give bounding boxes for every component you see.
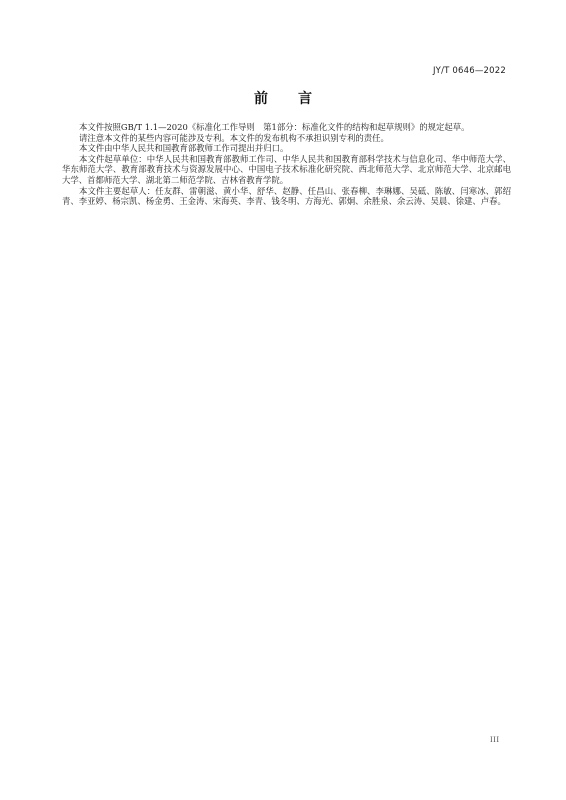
foreword-body: 本文件按照GB/T 1.1—2020《标准化工作导则 第1部分：标准化文件的结构… (62, 122, 511, 207)
page-number: III (490, 735, 500, 744)
standard-code: JY/T 0646—2022 (433, 66, 506, 76)
title-char-1: 前 (254, 88, 268, 108)
paragraph-drafting-units: 本文件起草单位：中华人民共和国教育部教师工作司、中华人民共和国教育部科学技术与信… (62, 154, 511, 186)
page-title: 前言 (0, 88, 566, 108)
paragraph-patent-notice: 请注意本文件的某些内容可能涉及专利。本文件的发布机构不承担识别专利的责任。 (62, 133, 511, 144)
paragraph-drafters: 本文件主要起草人：任友群、雷朝滋、黄小华、舒华、赵静、任昌山、张春柳、李琳娜、吴… (62, 186, 511, 207)
paragraph-proposer: 本文件由中华人民共和国教育部教师工作司提出并归口。 (62, 143, 511, 154)
paragraph-drafting-rules: 本文件按照GB/T 1.1—2020《标准化工作导则 第1部分：标准化文件的结构… (62, 122, 511, 133)
title-char-2: 言 (298, 88, 312, 108)
